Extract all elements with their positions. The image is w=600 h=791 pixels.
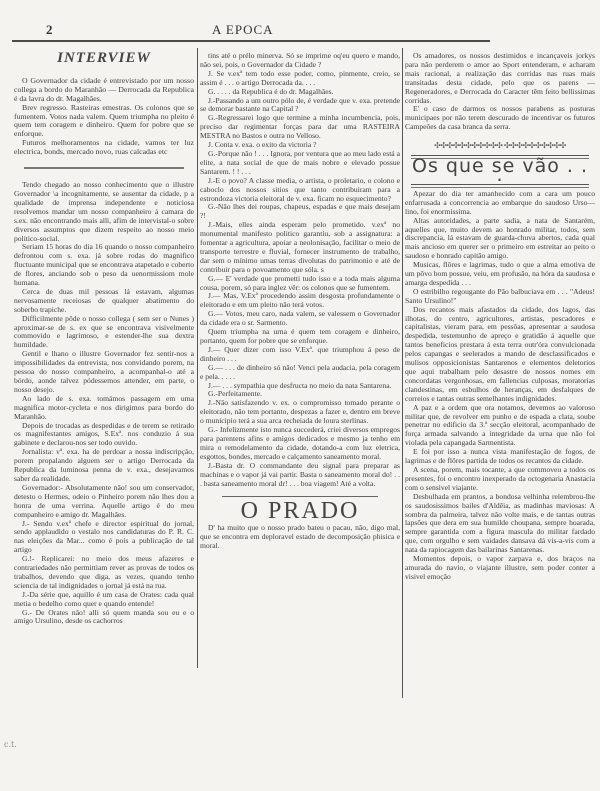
article-paragraph: Desbulhada em prantos, a bondosa velhinh…	[405, 493, 595, 555]
article-paragraph: D' ha muito que o nosso prado bateu o pa…	[200, 524, 400, 551]
article-paragraph: Momentos depois, o vapor zarpava e, dos …	[405, 555, 595, 582]
article-paragraph: J.-Não satisfazendo v. ex. o compromisso…	[200, 399, 400, 426]
article-paragraph: A scena, porem, mais tocante, a que comm…	[405, 466, 595, 493]
article-paragraph: J. Se v.exª tem todo esse poder, como, p…	[200, 70, 400, 88]
article-paragraph: A paz e a ordem que ora notamos, devemos…	[405, 404, 595, 449]
article-paragraph: G.-Porque não ! . . . Ignora, por ventur…	[200, 150, 400, 177]
newspaper-title: A EPOCA	[212, 22, 352, 38]
lead-paragraph: Futuros melhoramentos na cidade, vamos t…	[14, 139, 194, 157]
article-paragraph: Tendo chegado ao nosso conhecimento que …	[14, 181, 194, 243]
margin-mark: c.t.	[4, 740, 20, 754]
article-paragraph: G.- Infelizmente isto nunca succederá, c…	[200, 426, 400, 462]
lead-paragraph: Brev regresso. Rasteiras emestras. Os co…	[14, 104, 194, 140]
article-paragraph: G.- De Orates não! alli só quem manda so…	[14, 609, 194, 627]
article-paragraph: Dos recantos mais afastados da cidade, d…	[405, 306, 595, 404]
article-paragraph: Os amadores, os nossos destimidos e inca…	[405, 52, 595, 105]
article-paragraph: O estribilho regougante do Pão balbuciav…	[405, 288, 595, 306]
article-paragraph: Musicas, flôres e lagrimas, tudo o que a…	[405, 261, 595, 288]
article-paragraph: Ao lado de s. exa. tomámos passagem em u…	[14, 395, 194, 422]
newspaper-page: 2 A EPOCA INTERVIEW O Governador da cida…	[0, 0, 600, 791]
article-paragraph: G.— Votos, meu caro, nada valem, se vale…	[200, 310, 400, 328]
article-paragraph: G.— . . . de dinheiro só não! Venci pela…	[200, 364, 400, 382]
prado-rule	[222, 496, 378, 497]
article-paragraph: G.— E' verdade que prometti tudo isso e …	[200, 275, 400, 293]
article-paragraph: G.-Regressarei logo que termine a minha …	[200, 114, 400, 141]
article-paragraph: E foi por isso a nunca vista manifestaçã…	[405, 448, 595, 466]
column-rule	[402, 48, 403, 698]
prado-heading: O PRADO	[200, 507, 400, 516]
section-divider	[24, 167, 184, 169]
article-paragraph: J.-E o povo? A classe media, o artista, …	[200, 177, 400, 204]
column-2: tins até o prélo minerva. Só se imprime …	[200, 52, 400, 551]
lead-paragraph: O Governador da cidade é entrevistado po…	[14, 77, 194, 104]
article-paragraph: Gentil e lhano o illustre Governador fez…	[14, 350, 194, 395]
page-number: 2	[46, 22, 53, 38]
article-paragraph: J.-Mais, elles ainda esperam pelo promet…	[200, 221, 400, 274]
article-paragraph: J.-Basta dr. O commandante deu signal pa…	[200, 462, 400, 489]
article-paragraph: Quem triumpha na urna é quem tem coragem…	[200, 328, 400, 346]
article-paragraph: Difficilmente pôde o nosso collega ( sem…	[14, 315, 194, 351]
column-1: INTERVIEW O Governador da cidade é entre…	[14, 48, 194, 626]
article-paragraph: G.-Não lhes dei roupas, chapeus, espadas…	[200, 203, 400, 221]
column-rule	[197, 48, 198, 668]
article-paragraph: E' o caso de darmos os nossos parabens a…	[405, 105, 595, 132]
article-paragraph: tins até o prélo minerva. Só se imprime …	[200, 52, 400, 70]
article-paragraph: J.— Quer dizer com isso V.Exª. que trium…	[200, 346, 400, 364]
interview-heading: INTERVIEW	[14, 54, 194, 63]
article-paragraph: J.-Da série que, aquillo é um casa de Or…	[14, 591, 194, 609]
column-3: Os amadores, os nossos destimidos e inca…	[405, 52, 595, 582]
article-paragraph: J.- Sendo v.exª chefe e director espirit…	[14, 520, 194, 556]
masthead-rule	[12, 40, 490, 42]
article-paragraph: Altas autoridades, a parte sadia, a nata…	[405, 217, 595, 262]
article-paragraph: Jornalista: vª. exa. ha de perdoar a nos…	[14, 448, 194, 484]
article-paragraph: Apezar do dia ter amanhecido com a cara …	[405, 190, 595, 217]
article-paragraph: Seriam 15 horas do dia 16 quando o nosso…	[14, 243, 194, 288]
interview-lead: O Governador da cidade é entrevistado po…	[14, 77, 194, 157]
article-paragraph: G.!- Replicarei: no meio dos meus afazer…	[14, 555, 194, 591]
article-paragraph: Cerca de duas mil pessoas lá estavam, al…	[14, 288, 194, 315]
article-paragraph: J.— Mas, V.Exª procedendo assim desgosta…	[200, 292, 400, 310]
article-paragraph: Governador:- Absolutamente não! sou um c…	[14, 484, 194, 520]
masthead: 2 A EPOCA	[12, 22, 490, 38]
article-paragraph: Depois de trocadas as despedidas e de te…	[14, 422, 194, 449]
article-paragraph: J.-Passando a um outro pólo de, é verdad…	[200, 97, 400, 115]
os-que-se-vao-heading: Os que se vão . . .	[405, 162, 595, 180]
ornamental-divider: ✣✣✣✣✣✣✣✣✣✣✣ ✣✣✣✣✣✣✣✣✣✣	[405, 142, 595, 151]
